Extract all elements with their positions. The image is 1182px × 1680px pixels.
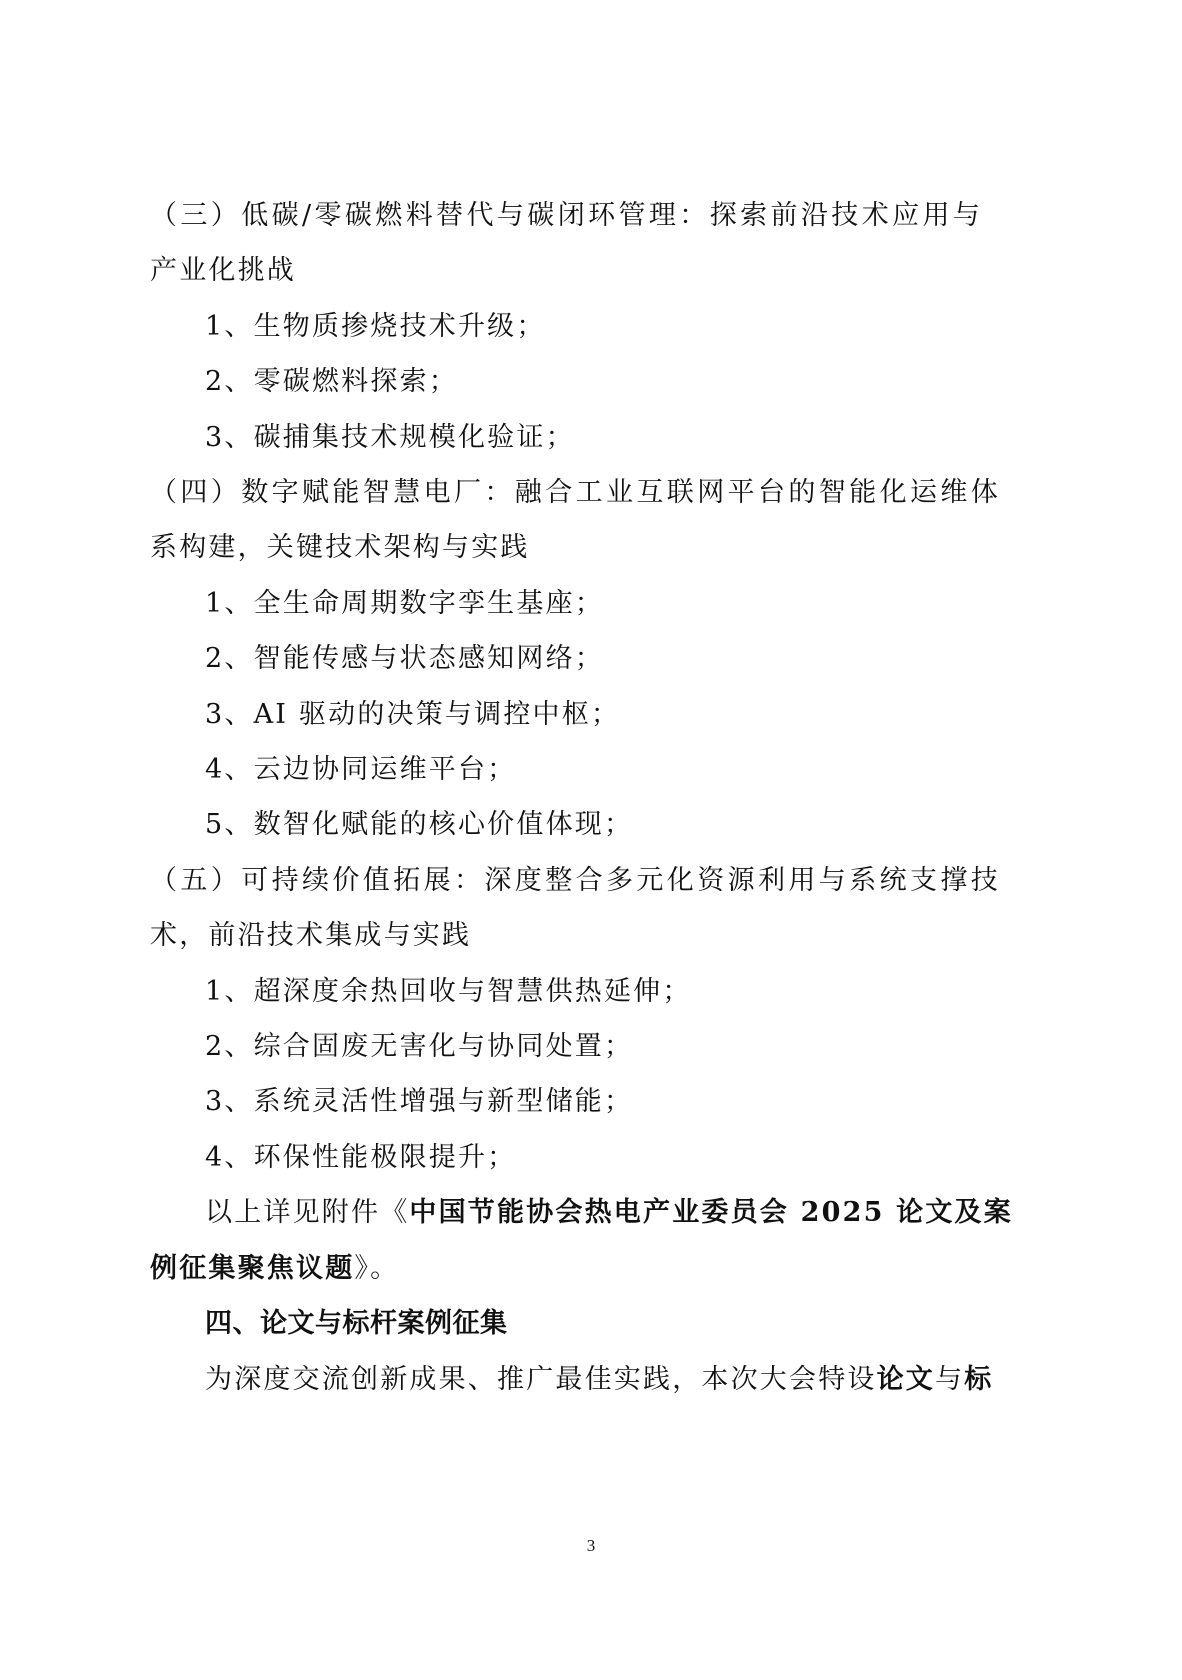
reference-prefix: 以上详见附件《 xyxy=(205,1197,409,1228)
list-item: 1、全生命周期数字孪生基座； xyxy=(205,586,960,622)
paragraph-text: 为深度交流创新成果、推广最佳实践，本次大会特设 xyxy=(205,1364,877,1395)
attachment-title: 中国节能协会热电产业委员会 2025 论文及案 xyxy=(409,1197,1013,1228)
attachment-reference: 以上详见附件《中国节能协会热电产业委员会 2025 论文及案 xyxy=(205,1195,960,1231)
list-item: 5、数智化赋能的核心价值体现； xyxy=(205,807,960,843)
list-item: 3、AI 驱动的决策与调控中枢； xyxy=(205,697,960,733)
list-item: 4、云边协同运维平台； xyxy=(205,752,960,788)
subsection-heading-4: （四）数字赋能智慧电厂：融合工业互联网平台的智能化运维体 xyxy=(150,475,960,511)
subsection-heading-3: （三）低碳/零碳燃料替代与碳闭环管理：探索前沿技术应用与 xyxy=(150,198,960,234)
body-paragraph: 为深度交流创新成果、推广最佳实践，本次大会特设论文与标 xyxy=(205,1362,960,1398)
list-item: 2、零碳燃料探索； xyxy=(205,364,960,400)
page-number: 3 xyxy=(580,1536,602,1556)
list-item: 3、系统灵活性增强与新型储能； xyxy=(205,1084,960,1120)
list-item: 2、综合固废无害化与协同处置； xyxy=(205,1029,960,1065)
paragraph-text: 与 xyxy=(935,1364,964,1395)
subsection-heading-4-cont: 系构建，关键技术架构与实践 xyxy=(150,530,960,566)
list-item: 1、生物质掺烧技术升级； xyxy=(205,309,960,345)
subsection-heading-5-cont: 术，前沿技术集成与实践 xyxy=(150,918,960,954)
reference-suffix: 》。 xyxy=(354,1253,399,1284)
document-page: （三）低碳/零碳燃料替代与碳闭环管理：探索前沿技术应用与 产业化挑战 1、生物质… xyxy=(0,0,1182,1680)
attachment-title-cont: 例征集聚焦议题 xyxy=(150,1253,354,1284)
list-item: 1、超深度余热回收与智慧供热延伸； xyxy=(205,974,960,1010)
list-item: 4、环保性能极限提升； xyxy=(205,1140,960,1176)
list-item: 3、碳捕集技术规模化验证； xyxy=(205,420,960,456)
subsection-heading-3-cont: 产业化挑战 xyxy=(150,253,960,289)
paragraph-bold-text: 论文 xyxy=(877,1364,935,1395)
section-heading: 四、论文与标杆案例征集 xyxy=(205,1306,960,1342)
subsection-heading-5: （五）可持续价值拓展：深度整合多元化资源利用与系统支撑技 xyxy=(150,863,960,899)
paragraph-bold-text: 标 xyxy=(964,1364,993,1395)
attachment-reference-cont: 例征集聚焦议题》。 xyxy=(150,1251,960,1287)
list-item: 2、智能传感与状态感知网络； xyxy=(205,641,960,677)
